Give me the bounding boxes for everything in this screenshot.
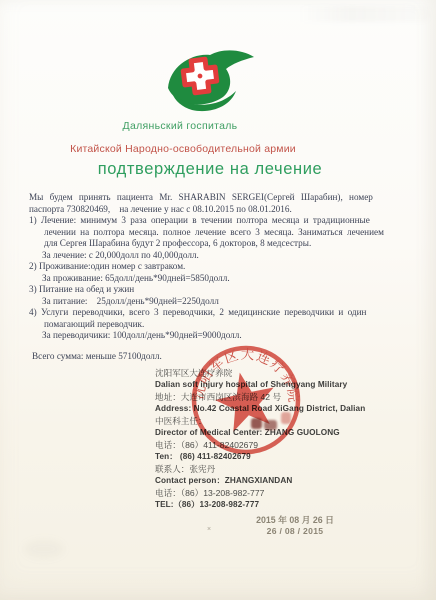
body-line: 3) Питание на обед и ужин [29, 284, 411, 296]
contact-line-phone2-cn: 电话：（86）13-208-982-777 [155, 487, 405, 499]
body-line: паспорта 730820469, на лечение у нас с 0… [29, 204, 411, 216]
signature-mark [281, 412, 291, 424]
body-line: 1) Лечение: минимум 3 раза операции в те… [29, 215, 411, 227]
body-line: лечении на полтора месяца. полное лечени… [29, 227, 411, 239]
date-line-numeric: 26 / 08 / 2015 [240, 526, 350, 537]
header-hospital-name: Даляньский госпиталь [0, 120, 360, 132]
hospital-seal-stamp: 沈阳军区大连疗养院 [186, 338, 306, 462]
signature-mark [264, 420, 277, 430]
total-sum-line: Всего сумма: меньше 57100долл. [32, 351, 162, 361]
scan-smudge [24, 540, 64, 558]
body-line: Мы будем принять пациента Mr. SHARABIN S… [29, 192, 411, 204]
hospital-logo [162, 46, 258, 122]
signature-mark [251, 418, 262, 429]
body-line: 4) Услуги переводчики, всего 3 переводчи… [29, 307, 411, 319]
document-page: Даляньский госпиталь Китайской Народно-о… [0, 0, 436, 600]
body-line: 2) Проживание:один номер с завтраком. [29, 261, 411, 273]
scan-speck: × [207, 527, 212, 533]
contact-line-phone2-en: TEL:（86）13-208-982-777 [155, 499, 405, 511]
body-line: для Сергея Шарабина будут 2 профессора, … [29, 238, 411, 250]
contact-line-person-cn: 联系人：张宪丹 [155, 463, 405, 475]
body-line: За лечение: с 20,000долл по 40,000долл. [29, 250, 411, 262]
header-title: подтверждение на лечение [0, 160, 420, 179]
letter-body: Мы будем принять пациента Mr. SHARABIN S… [29, 192, 411, 342]
body-line: За питание: 25долл/день*90дней=2250долл [29, 296, 411, 308]
body-line: За проживание: 65долл/день*90дней=5850до… [29, 273, 411, 285]
header-army-line: Китайской Народно-освободительной армии [0, 143, 366, 155]
contact-line-person-en: Contact person：ZHANGXIANDAN [155, 475, 405, 487]
body-line: помагающий переводчик. [29, 319, 411, 331]
date-line-cn: 2015 年 08 月 26 日 [240, 515, 350, 526]
scan-smudge [298, 6, 430, 22]
date-block: 2015 年 08 月 26 日 26 / 08 / 2015 [240, 515, 350, 537]
